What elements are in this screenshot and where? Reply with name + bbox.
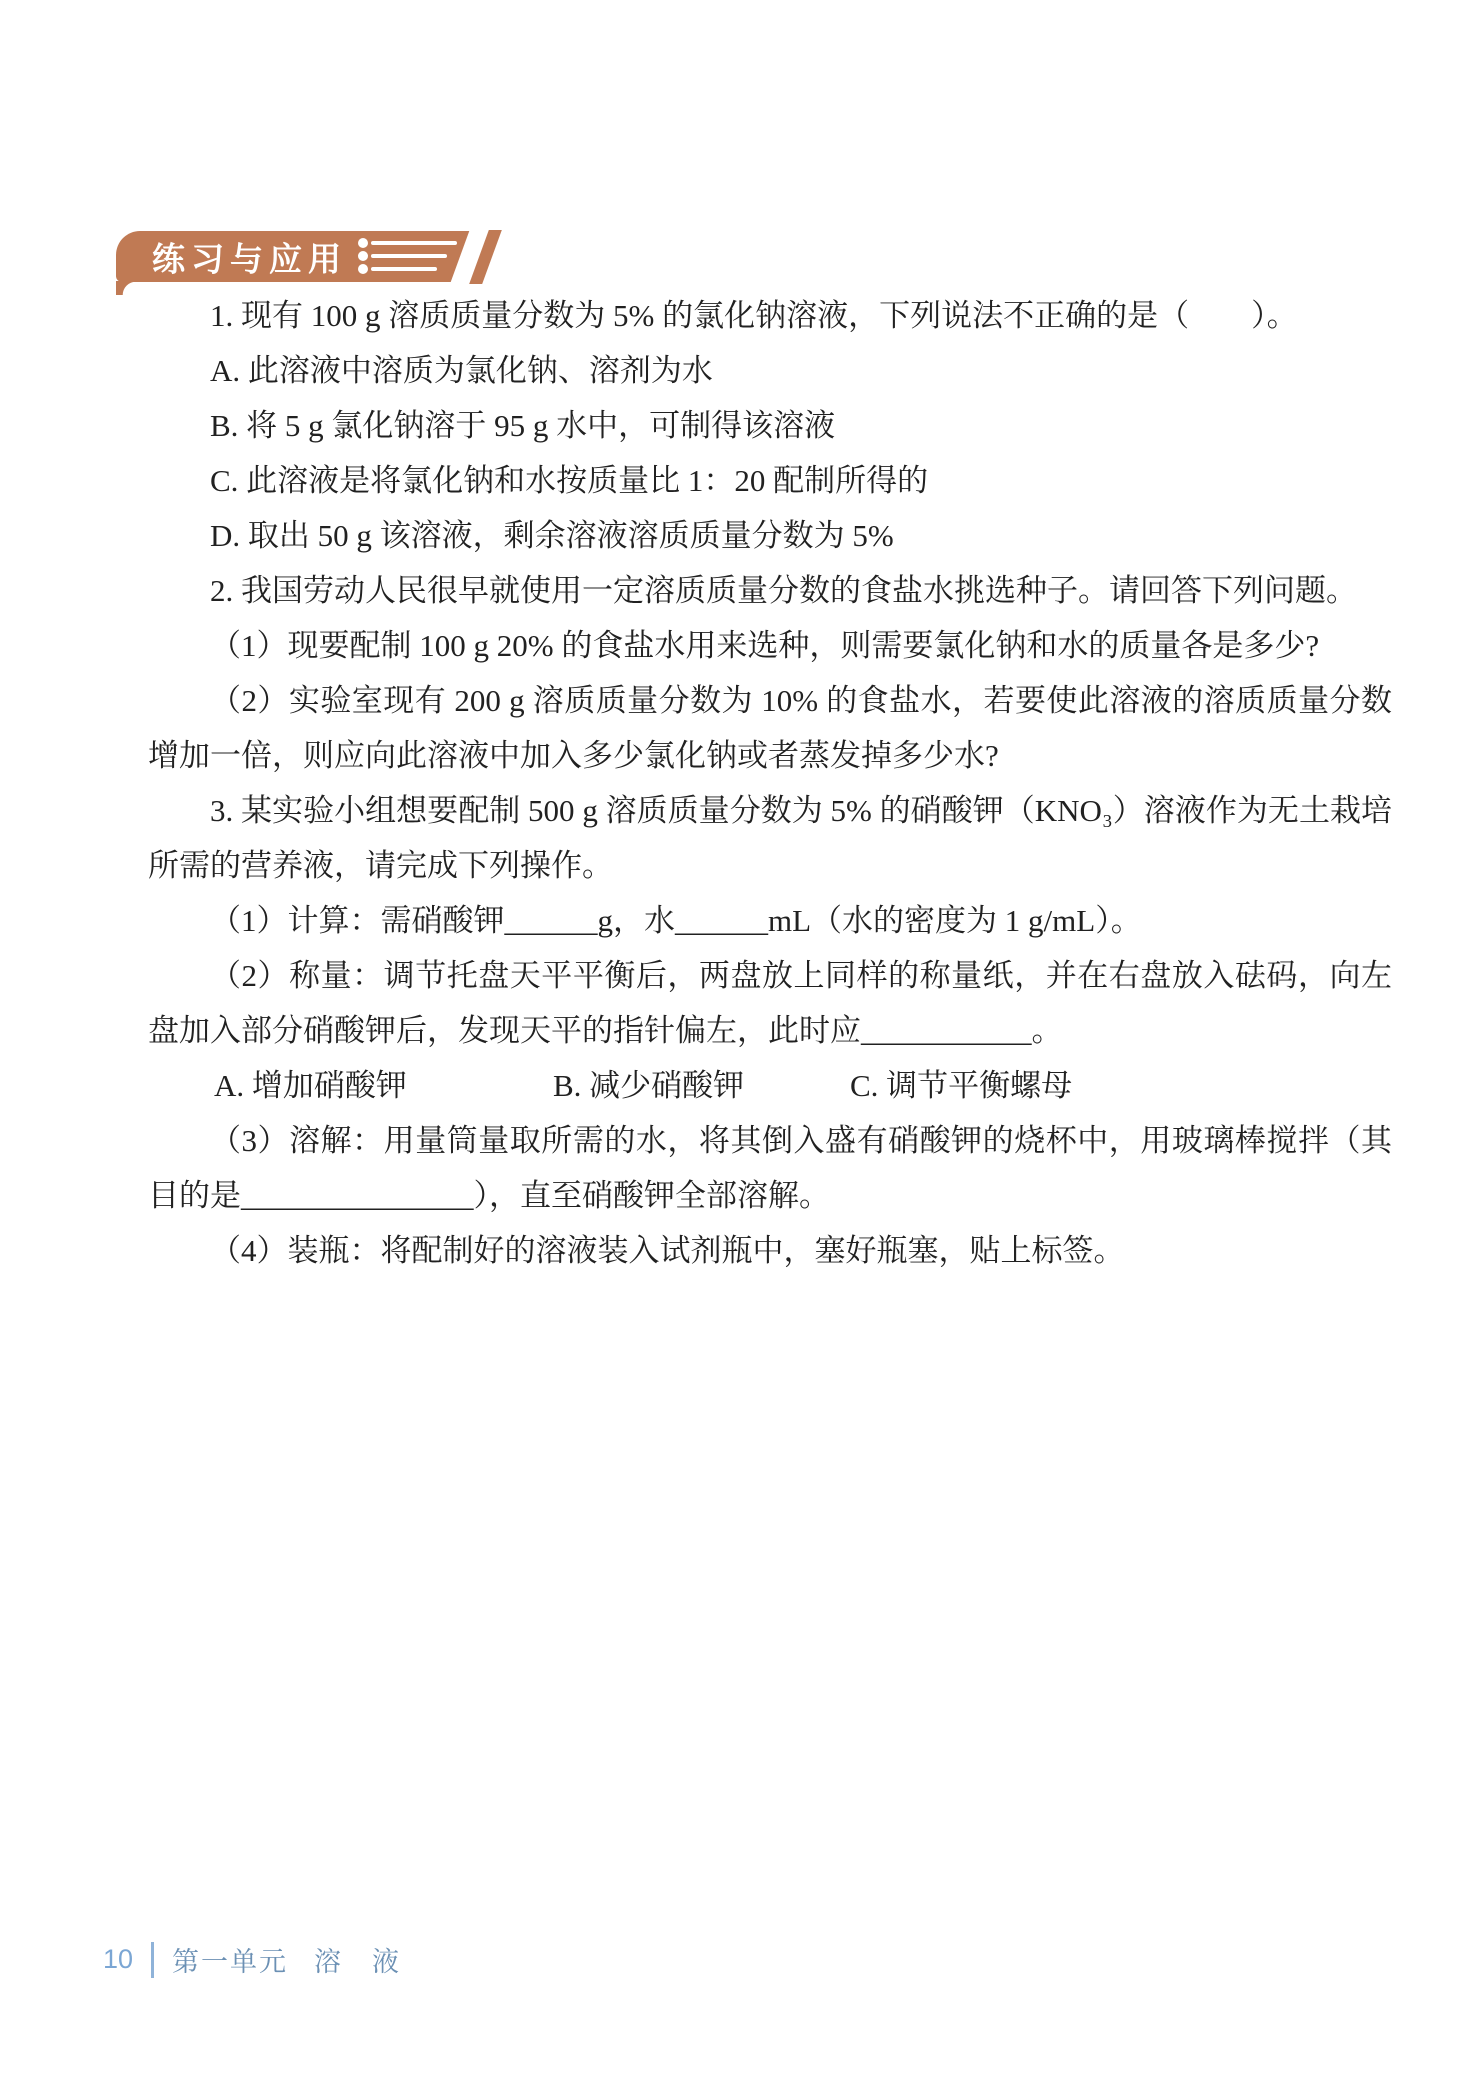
question-3-part-1: （1）计算：需硝酸钾______g，水______mL（水的密度为 1 g/mL… bbox=[148, 893, 1392, 948]
question-2-part-1: （1）现要配制 100 g 20% 的食盐水用来选种，则需要氯化钠和水的质量各是… bbox=[148, 618, 1392, 673]
question-3-option-b: B. 减少硝酸钾 bbox=[553, 1058, 744, 1113]
question-1-option-a: A. 此溶液中溶质为氯化钠、溶剂为水 bbox=[148, 343, 1392, 398]
footer-unit-label: 第一单元 bbox=[172, 1940, 288, 1979]
page-number: 10 bbox=[103, 1944, 133, 1975]
question-3-part-2-options: A. 增加硝酸钾 B. 减少硝酸钾 C. 调节平衡螺母 bbox=[148, 1058, 1392, 1113]
question-2-stem: 2. 我国劳动人民很早就使用一定溶质质量分数的食盐水挑选种子。请回答下列问题。 bbox=[148, 563, 1392, 618]
section-badge: 练习与应用 bbox=[116, 231, 446, 282]
badge-corner-tail bbox=[116, 281, 136, 295]
footer-divider bbox=[151, 1942, 154, 1978]
badge-tip-stripe bbox=[469, 230, 502, 284]
exercise-content: 1. 现有 100 g 溶质质量分数为 5% 的氯化钠溶液，下列说法不正确的是（… bbox=[148, 288, 1392, 1278]
question-3-part-4: （4）装瓶：将配制好的溶液装入试剂瓶中，塞好瓶塞，贴上标签。 bbox=[148, 1223, 1392, 1278]
question-3-option-a: A. 增加硝酸钾 bbox=[214, 1058, 407, 1113]
question-3-option-c: C. 调节平衡螺母 bbox=[850, 1058, 1072, 1113]
question-1-option-b: B. 将 5 g 氯化钠溶于 95 g 水中，可制得该溶液 bbox=[148, 398, 1392, 453]
page-footer: 10 第一单元 溶 液 bbox=[103, 1940, 401, 1979]
question-1-option-d: D. 取出 50 g 该溶液，剩余溶液溶质质量分数为 5% bbox=[148, 508, 1392, 563]
question-2-part-2: （2）实验室现有 200 g 溶质质量分数为 10% 的食盐水，若要使此溶液的溶… bbox=[148, 673, 1392, 783]
textbook-page: 练习与应用 1. 现有 100 g 溶质质量分数为 5% 的氯化钠溶液，下列说法… bbox=[0, 0, 1480, 2094]
question-3-part-3: （3）溶解：用量筒量取所需的水，将其倒入盛有硝酸钾的烧杯中，用玻璃棒搅拌（其目的… bbox=[148, 1113, 1392, 1223]
footer-chapter-title: 溶 液 bbox=[314, 1940, 401, 1979]
question-3-part-2: （2）称量：调节托盘天平平衡后，两盘放上同样的称量纸，并在右盘放入砝码，向左盘加… bbox=[148, 948, 1392, 1058]
question-3-stem: 3. 某实验小组想要配制 500 g 溶质质量分数为 5% 的硝酸钾（KNO₃）… bbox=[148, 783, 1392, 893]
question-1-stem: 1. 现有 100 g 溶质质量分数为 5% 的氯化钠溶液，下列说法不正确的是（… bbox=[148, 288, 1392, 343]
list-lines-icon bbox=[358, 238, 458, 276]
section-badge-title: 练习与应用 bbox=[152, 233, 347, 280]
question-1-option-c: C. 此溶液是将氯化钠和水按质量比 1：20 配制所得的 bbox=[148, 453, 1392, 508]
